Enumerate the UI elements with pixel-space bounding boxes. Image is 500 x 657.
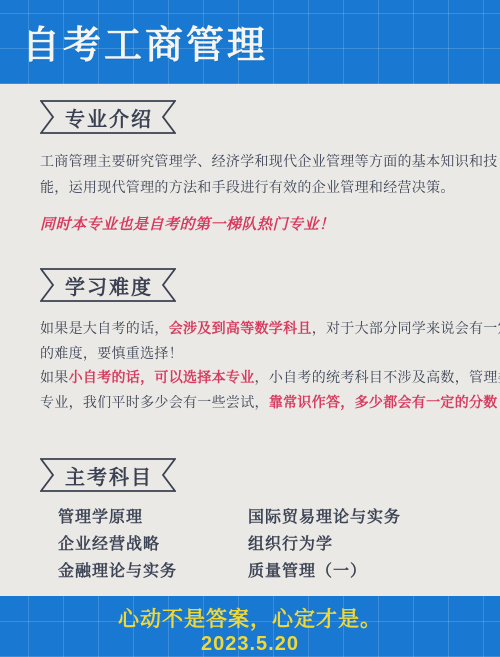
text-segment-red: 小自考的话，可以选择本专业 [69,369,255,385]
subject-item: 质量管理（一） [248,558,465,585]
poster: 自考工商管理 专业介绍 工商管理主要研究管理学、经济学和现代企业管理等方面的基本… [0,0,500,657]
text-segment: ，对于大部分同学来说会有一定 [312,320,500,336]
section-banner-difficulty: 学习难度 [40,268,176,302]
header: 自考工商管理 [0,0,500,84]
text-segment: 专业，我们平时多少会有一些尝试， [40,394,269,410]
footer: 心动不是答案，心定才是。 2023.5.20 [0,596,500,657]
subject-item: 管理学原理 [58,504,248,531]
page-title: 自考工商管理 [22,14,268,69]
section-title-subjects: 主考科目 [40,458,176,492]
section-banner-intro: 专业介绍 [40,100,176,134]
subject-item: 企业经营战略 [58,531,248,558]
text-segment: 的难度，要慎重选择！ [40,345,183,361]
intro-highlight: 同时本专业也是自考的第一梯队热门专业！ [40,213,465,234]
section-title-difficulty: 学习难度 [40,268,176,302]
difficulty-paragraph: 如果是大自考的话，会涉及到高等数学科且，对于大部分同学来说会有一定 的难度，要慎… [40,316,465,414]
intro-line: 工商管理主要研究管理学、经济学和现代企业管理等方面的基本知识和技 [40,148,465,174]
intro-paragraph: 工商管理主要研究管理学、经济学和现代企业管理等方面的基本知识和技 能，运用现代管… [40,148,465,200]
subjects-list: 管理学原理 国际贸易理论与实务 企业经营战略 组织行为学 金融理论与实务 质量管… [40,504,465,585]
section-banner-subjects: 主考科目 [40,458,176,492]
footer-date: 2023.5.20 [0,633,500,656]
content-area: 专业介绍 工商管理主要研究管理学、经济学和现代企业管理等方面的基本知识和技 能，… [0,84,500,596]
text-segment-red: 会涉及到高等数学科且 [169,320,312,336]
difficulty-line: 的难度，要慎重选择！ [40,341,465,366]
subject-item: 国际贸易理论与实务 [248,504,465,531]
difficulty-line: 如果小自考的话，可以选择本专业，小自考的统考科目不涉及高数，管理类 [40,365,465,390]
intro-line: 能，运用现代管理的方法和手段进行有效的企业管理和经营决策。 [40,174,465,200]
footer-slogan: 心动不是答案，心定才是。 [0,603,500,633]
text-segment: 如果 [40,369,69,385]
text-segment: ，小自考的统考科目不涉及高数，管理类 [255,369,500,385]
difficulty-line: 如果是大自考的话，会涉及到高等数学科且，对于大部分同学来说会有一定 [40,316,465,341]
text-segment: 如果是大自考的话， [40,320,169,336]
difficulty-line: 专业，我们平时多少会有一些尝试，靠常识作答，多少都会有一定的分数！ [40,390,465,415]
subject-item: 组织行为学 [248,531,465,558]
subject-item: 金融理论与实务 [58,558,248,585]
section-title-intro: 专业介绍 [40,100,176,134]
text-segment-red: 靠常识作答，多少都会有一定的分数！ [269,394,500,410]
